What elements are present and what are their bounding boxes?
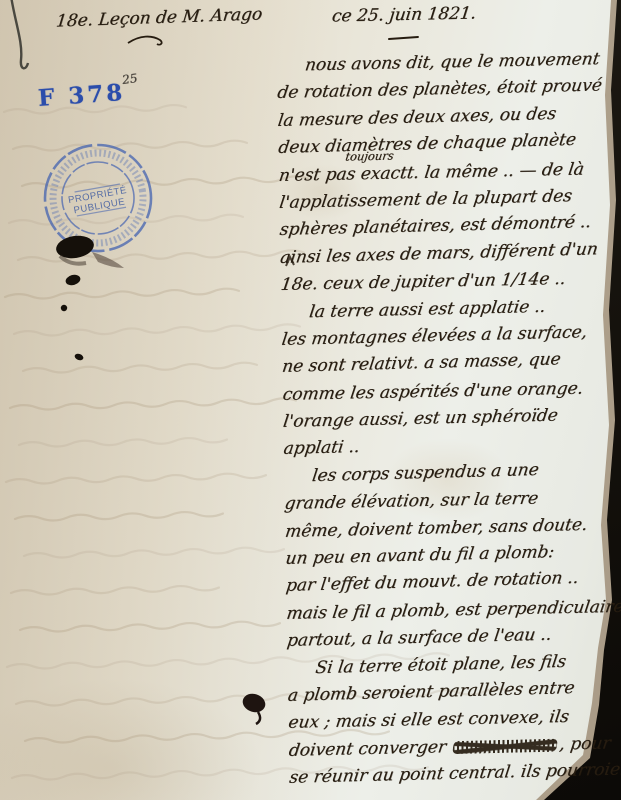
catalog-superscript: 25 bbox=[121, 71, 138, 87]
line-text: n'est pas exactt. la même .. — de là bbox=[278, 159, 586, 185]
crossed-out-word bbox=[452, 738, 558, 753]
underline-flourish-icon bbox=[126, 33, 176, 49]
manuscript-photo: 18e. Leçon de M. Arago ce 25. juin 1821.… bbox=[0, 0, 621, 800]
line-text: nous avons dit, que le mouvement bbox=[304, 49, 601, 75]
line-text: même, doivent tomber, sans doute. bbox=[284, 515, 589, 542]
line-text: l'applatissement de la plupart des bbox=[278, 186, 573, 213]
line-text: ne sont relativt. a sa masse, que bbox=[281, 350, 562, 378]
line-text: la mesure des deux axes, ou des bbox=[277, 104, 558, 131]
line-text: les corps suspendus a une bbox=[311, 460, 540, 486]
line-text: les montagnes élevées a la surface, bbox=[280, 322, 588, 350]
line-text: , pour bbox=[558, 733, 612, 754]
line-text: grande élévation, sur la terre bbox=[283, 489, 539, 514]
line-text: 18e. ceux de jupiter d'un 1/14e .. bbox=[279, 269, 566, 295]
line-text: par l'effet du mouvt. de rotation .. bbox=[285, 568, 580, 596]
line-text: deux diamètres de chaque planète bbox=[277, 130, 577, 158]
line-text: applati .. bbox=[282, 437, 361, 459]
line-text: a plomb seroient parallèles entre bbox=[287, 678, 576, 706]
line-text: partout, a la surface de l'eau .. bbox=[286, 625, 553, 651]
line-text: Si la terre étoit plane, les fils bbox=[314, 651, 567, 677]
proprietary-round-stamp: PROPRIÉTÉ PUBLIQUE bbox=[28, 128, 167, 267]
line-text: l'orange aussi, est un sphéroïde bbox=[282, 406, 559, 432]
line-text: ainsi les axes de mars, différent d'un bbox=[279, 239, 599, 268]
line-text: la terre aussi est applatie .. bbox=[308, 296, 547, 321]
manuscript-text-block: nous avons dit, que le mouvementde rotat… bbox=[275, 47, 621, 792]
line-text: comme les aspérités d'une orange. bbox=[281, 378, 584, 404]
line-text: mais le fil a plomb, est perpendiculaire bbox=[285, 597, 621, 624]
date-heading: ce 25. juin 1821. bbox=[331, 3, 477, 26]
line-text: eux ; mais si elle est convexe, ils bbox=[287, 707, 570, 733]
line-text: un peu en avant du fil a plomb: bbox=[284, 542, 555, 569]
line-text: de rotation des planètes, étoit prouvé bbox=[276, 76, 603, 104]
line-text: doivent converger bbox=[288, 737, 453, 761]
line-text: se réunir au point central. ils pourroie… bbox=[288, 759, 621, 788]
line-text: sphères planétaires, est démontré .. bbox=[279, 212, 593, 240]
interlinear-insertion: toujours bbox=[345, 150, 395, 162]
